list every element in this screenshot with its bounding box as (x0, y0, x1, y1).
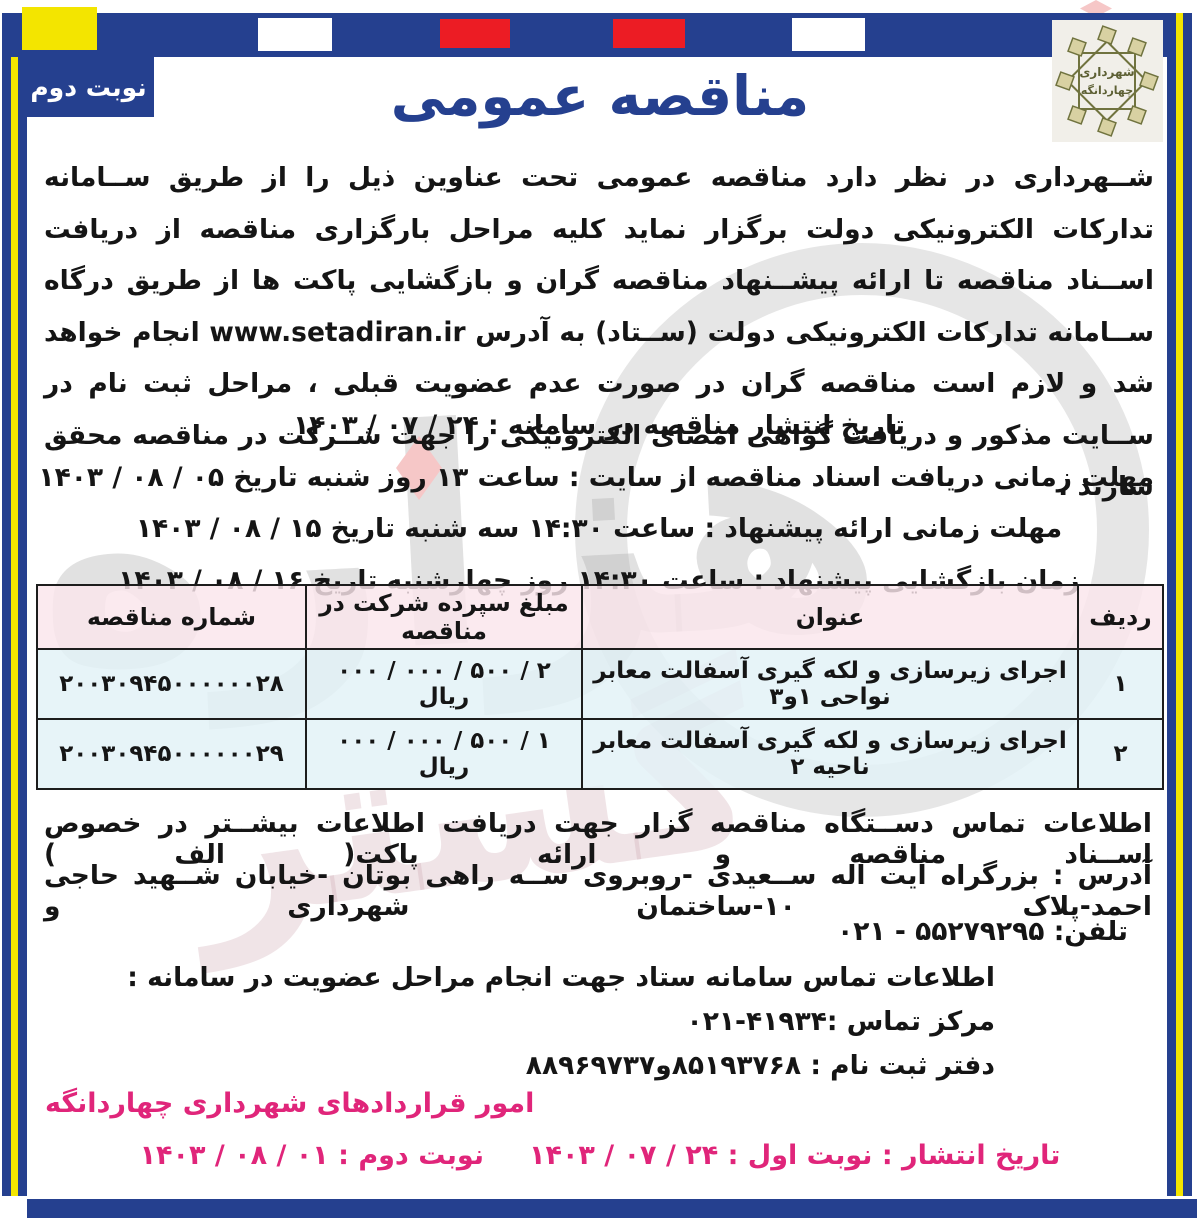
municipality-logo-icon: شهرداری چهاردانگه (1052, 20, 1163, 142)
col-header-row-no: ردیف (1078, 585, 1163, 649)
table-header-row: ردیف عنوان مبلغ سپرده شرکت در مناقصه شما… (37, 585, 1163, 649)
call-center-line: مرکز تماس :۴۱۹۳۴-۰۲۱ (687, 1006, 995, 1037)
registration-office-line: دفتر ثبت نام : ۸۵۱۹۳۷۶۸و۸۸۹۶۹۷۳۷ (526, 1050, 995, 1081)
deposit-amount: ۰۰۰ / ۰۰۰ / ۵۰۰ / ۱ ریال (337, 728, 551, 780)
page-title: مناقصه عمومی (0, 56, 1200, 136)
deposit-amount: ۰۰۰ / ۰۰۰ / ۵۰۰ / ۲ ریال (337, 658, 551, 710)
cell-tender-no: ۲۰۰۳۰۹۴۵۰۰۰۰۰۰۲۹ (37, 719, 306, 789)
top-header-bar (10, 13, 1167, 57)
cell-tender-no: ۲۰۰۳۰۹۴۵۰۰۰۰۰۰۲۸ (37, 649, 306, 719)
right-border-stripes (1167, 13, 1192, 1196)
publish-date-first-round: تاریخ انتشار : نوبت اول : ۲۴ / ۰۷ / ۱۴۰۳ (529, 1140, 1060, 1171)
cell-deposit: ۰۰۰ / ۰۰۰ / ۵۰۰ / ۱ ریال (306, 719, 582, 789)
schedule-line-doc-deadline: مهلت زمانی دریافت اسناد مناقصه از سایت :… (44, 452, 1154, 504)
white-flag-rect-1 (258, 18, 332, 51)
tender-notice-page: هزاره گستر نوبت دوم مناقصه عمومی (0, 0, 1200, 1232)
tender-table: ردیف عنوان مبلغ سپرده شرکت در مناقصه شما… (36, 584, 1164, 790)
yellow-flag-rect (22, 7, 97, 50)
red-flag-rect-1 (440, 19, 510, 48)
table-row: ۱ اجرای زیرسازی و لکه گیری آسفالت معابر … (37, 649, 1163, 719)
left-border-stripes (2, 13, 27, 1196)
tender-table-wrap: ردیف عنوان مبلغ سپرده شرکت در مناقصه شما… (36, 584, 1164, 790)
cell-row-no: ۱ (1078, 649, 1163, 719)
schedule-line-publish: تاریخ انتشار مناقصه در سامانه : ۲۴ / ۰۷ … (44, 400, 1154, 452)
cell-deposit: ۰۰۰ / ۰۰۰ / ۵۰۰ / ۲ ریال (306, 649, 582, 719)
white-flag-rect-2 (792, 18, 865, 51)
schedule-block: تاریخ انتشار مناقصه در سامانه : ۲۴ / ۰۷ … (44, 400, 1154, 606)
publish-dates-line: تاریخ انتشار : نوبت اول : ۲۴ / ۰۷ / ۱۴۰۳… (150, 1140, 1050, 1171)
cell-row-no: ۲ (1078, 719, 1163, 789)
cell-title: اجرای زیرسازی و لکه گیری آسفالت معابر نا… (582, 719, 1078, 789)
red-flag-rect-2 (613, 19, 685, 48)
cell-title: اجرای زیرسازی و لکه گیری آسفالت معابر نو… (582, 649, 1078, 719)
phone-line: تلفن: ۵۵۲۷۹۲۹۵ - ۰۲۱ (837, 916, 1128, 947)
table-row: ۲ اجرای زیرسازی و لکه گیری آسفالت معابر … (37, 719, 1163, 789)
col-header-title: عنوان (582, 585, 1078, 649)
logo-text-line1: شهرداری (1079, 65, 1134, 79)
round-badge: نوبت دوم (23, 57, 154, 117)
setad-contact-line: اطلاعات تماس سامانه ستاد جهت انجام مراحل… (127, 962, 995, 993)
publish-date-second-round: نوبت دوم : ۰۱ / ۰۸ / ۱۴۰۳ (140, 1140, 484, 1171)
col-header-tender-no: شماره مناقصه (37, 585, 306, 649)
municipality-logo: شهرداری چهاردانگه (1052, 20, 1163, 142)
contracts-department-signature: امور قراردادهای شهرداری چهاردانگه (45, 1088, 534, 1119)
schedule-line-offer-deadline: مهلت زمانی ارائه پیشنهاد : ساعت ۱۴:۳۰ سه… (44, 503, 1154, 555)
bottom-footer-bar (27, 1199, 1197, 1218)
col-header-deposit: مبلغ سپرده شرکت در مناقصه (306, 585, 582, 649)
logo-text-line2: چهاردانگه (1081, 84, 1133, 97)
address-line: آدرس : بزرگراه آیت اله ســعیدی -روبروی س… (44, 860, 1152, 922)
